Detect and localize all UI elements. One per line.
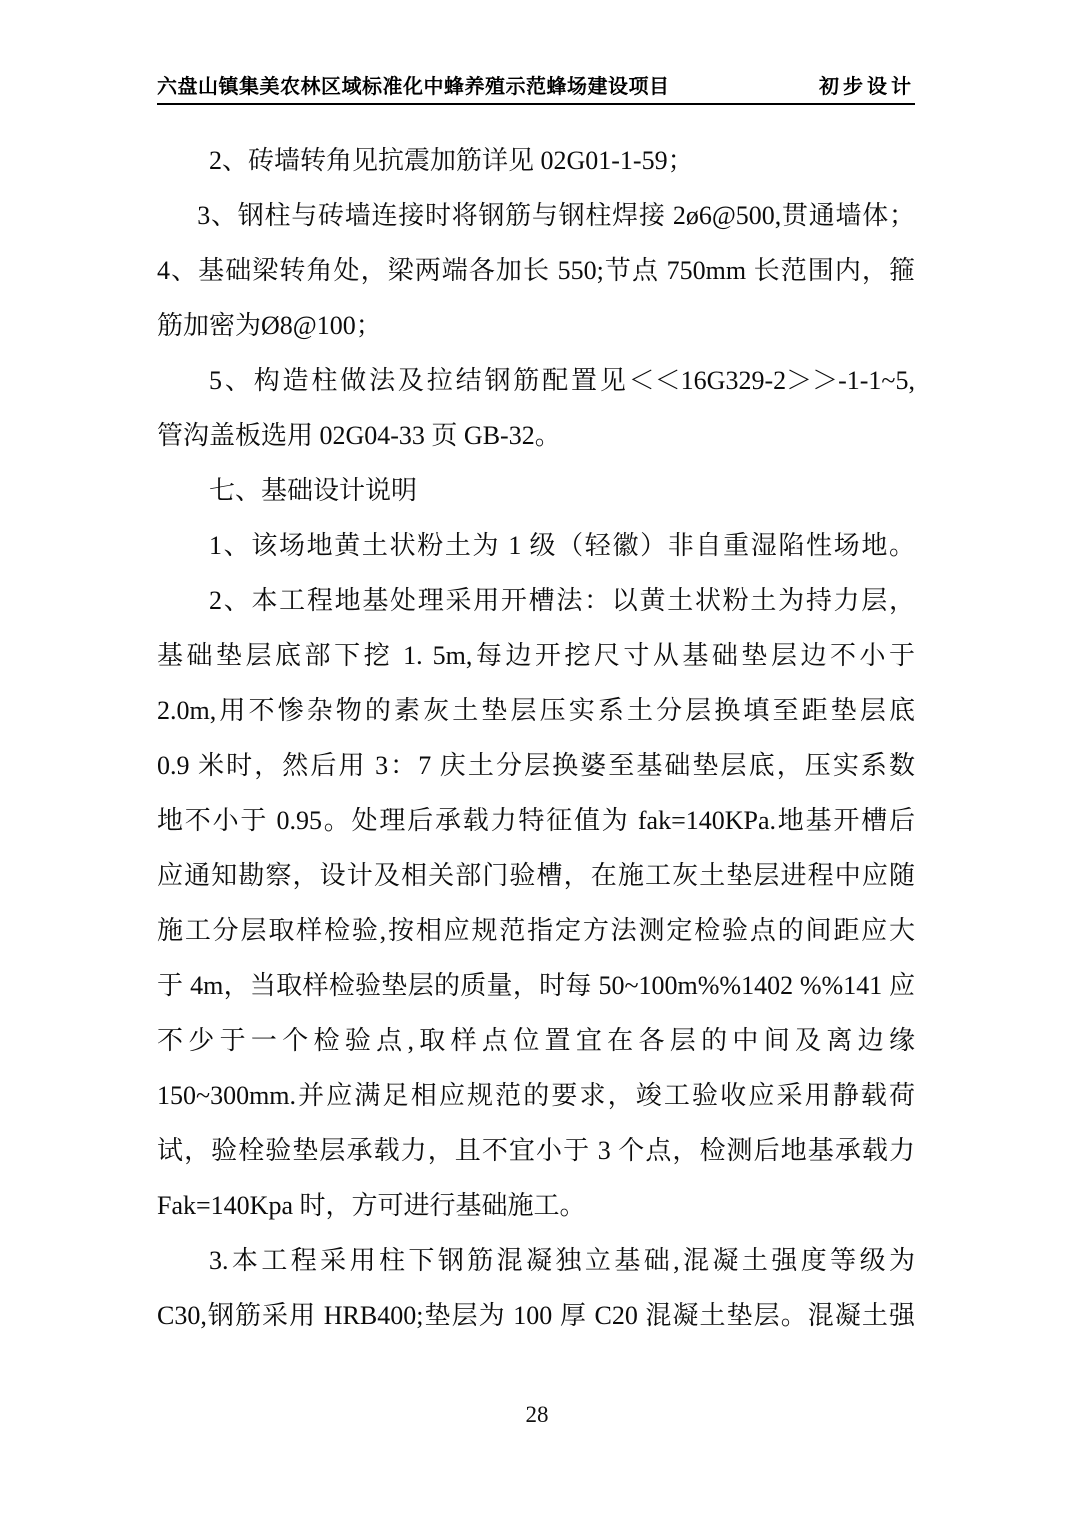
doc-line: 1、该场地黄土状粉土为 1 级（轻徽）非自重湿陷性场地。 [157,518,915,573]
doc-line: 地不小于 0.95。处理后承载力特征值为 fak=140KPa.地基开槽后 [157,793,915,848]
doc-line: 5、构造柱做法及拉结钢筋配置见＜＜16G329-2＞＞-1-1~5, [157,353,915,408]
header-project-title: 六盘山镇集美农林区域标准化中蜂养殖示范蜂场建设项目 [157,70,670,99]
doc-line: 试，验栓验垫层承载力，且不宜小于 3 个点，检测后地基承载力 [157,1123,915,1178]
doc-line: 基础垫层底部下挖 1. 5m,每边开挖尺寸从基础垫层边不小于 [157,628,915,683]
doc-line: 150~300mm.并应满足相应规范的要求，竣工验收应采用静载荷 [157,1068,915,1123]
doc-line: 0.9 米时，然后用 3：7 庆土分层换婆至基础垫层底，压实系数 [157,738,915,793]
doc-line: 3、钢柱与砖墙连接时将钢筋与钢柱焊接 2ø6@500,贯通墙体； [157,188,915,243]
page-number: 28 [0,1402,1074,1428]
doc-line: 管沟盖板选用 02G04-33 页 GB-32。 [157,408,915,463]
document-page: 六盘山镇集美农林区域标准化中蜂养殖示范蜂场建设项目 初步设计 2、砖墙转角见抗震… [0,0,1074,1520]
document-body: 2、砖墙转角见抗震加筋详见 02G01-1-59； 3、钢柱与砖墙连接时将钢筋与… [157,133,915,1343]
doc-line: 3.本工程采用柱下钢筋混凝独立基础,混凝土强度等级为 [157,1233,915,1288]
doc-line: 2、砖墙转角见抗震加筋详见 02G01-1-59； [157,133,915,188]
doc-line: C30,钢筋采用 HRB400;垫层为 100 厚 C20 混凝土垫层。混凝土强 [157,1288,915,1343]
doc-line: 应通知勘察，设计及相关部门验槽，在施工灰土垫层进程中应随 [157,848,915,903]
doc-line: 2、本工程地基处理采用开槽法：以黄土状粉土为持力层， [157,573,915,628]
doc-line: 于 4m，当取样检验垫层的质量，时每 50~100m%%1402 %%141 应 [157,958,915,1013]
doc-line: 七、基础设计说明 [157,463,915,518]
doc-line: 4、基础梁转角处，梁两端各加长 550;节点 750mm 长范围内，箍 [157,243,915,298]
doc-line: Fak=140Kpa 时，方可进行基础施工。 [157,1178,915,1233]
doc-line: 施工分层取样检验,按相应规范指定方法测定检验点的间距应大 [157,903,915,958]
doc-line: 筋加密为Ø8@100； [157,298,915,353]
page-header: 六盘山镇集美农林区域标准化中蜂养殖示范蜂场建设项目 初步设计 [157,70,915,105]
doc-line: 2.0m,用不惨杂物的素灰土垫层压实系土分层换填至距垫层底 [157,683,915,738]
doc-line: 不少于一个检验点,取样点位置宜在各层的中间及离边缘 [157,1013,915,1068]
header-doc-type-label: 初步设计 [819,70,915,99]
